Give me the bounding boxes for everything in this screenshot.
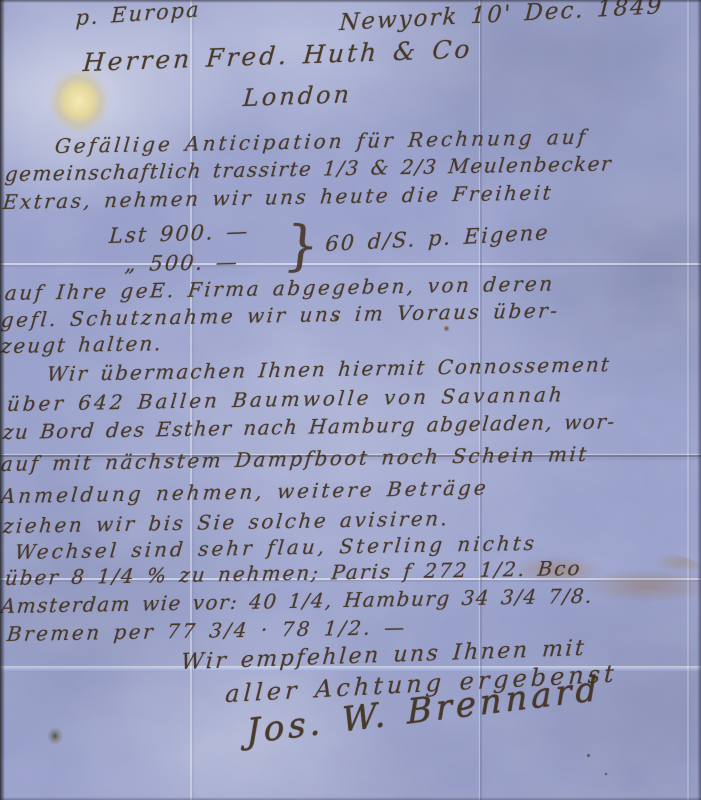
dateline: Newyork 10' Dec. 1849 bbox=[339, 0, 664, 36]
amount-note: 60 d/S. p. Eigene bbox=[325, 220, 551, 256]
body-line: Bremen per 77 3/4 · 78 1/2. — bbox=[6, 615, 408, 646]
body-line: Anmeldung nehmen, weitere Beträge bbox=[0, 475, 490, 508]
body-line: Amsterdam wie vor: 40 1/4, Hamburg 34 3/… bbox=[0, 584, 594, 618]
amount-line-2: „ 500. — bbox=[124, 250, 240, 276]
body-line: Extras, nehmen wir uns heute die Freihei… bbox=[2, 180, 554, 214]
amount-brace: } bbox=[281, 214, 322, 277]
recipient-city: London bbox=[242, 80, 353, 112]
amount-line-1: Lst 900. — bbox=[108, 219, 250, 248]
ship-annotation: p. Europa bbox=[75, 0, 201, 30]
body-line: zeugt halten. bbox=[0, 331, 164, 358]
letter-scan: p. EuropaNewyork 10' Dec. 1849Herren Fre… bbox=[0, 0, 701, 800]
body-line: Wir übermachen Ihnen hiermit Connossemen… bbox=[46, 352, 612, 386]
recipient: Herren Fred. Huth & Co bbox=[82, 34, 474, 77]
body-line: auf mit nächstem Dampfboot noch Schein m… bbox=[0, 442, 590, 476]
handwriting-layer: p. EuropaNewyork 10' Dec. 1849Herren Fre… bbox=[0, 0, 701, 800]
